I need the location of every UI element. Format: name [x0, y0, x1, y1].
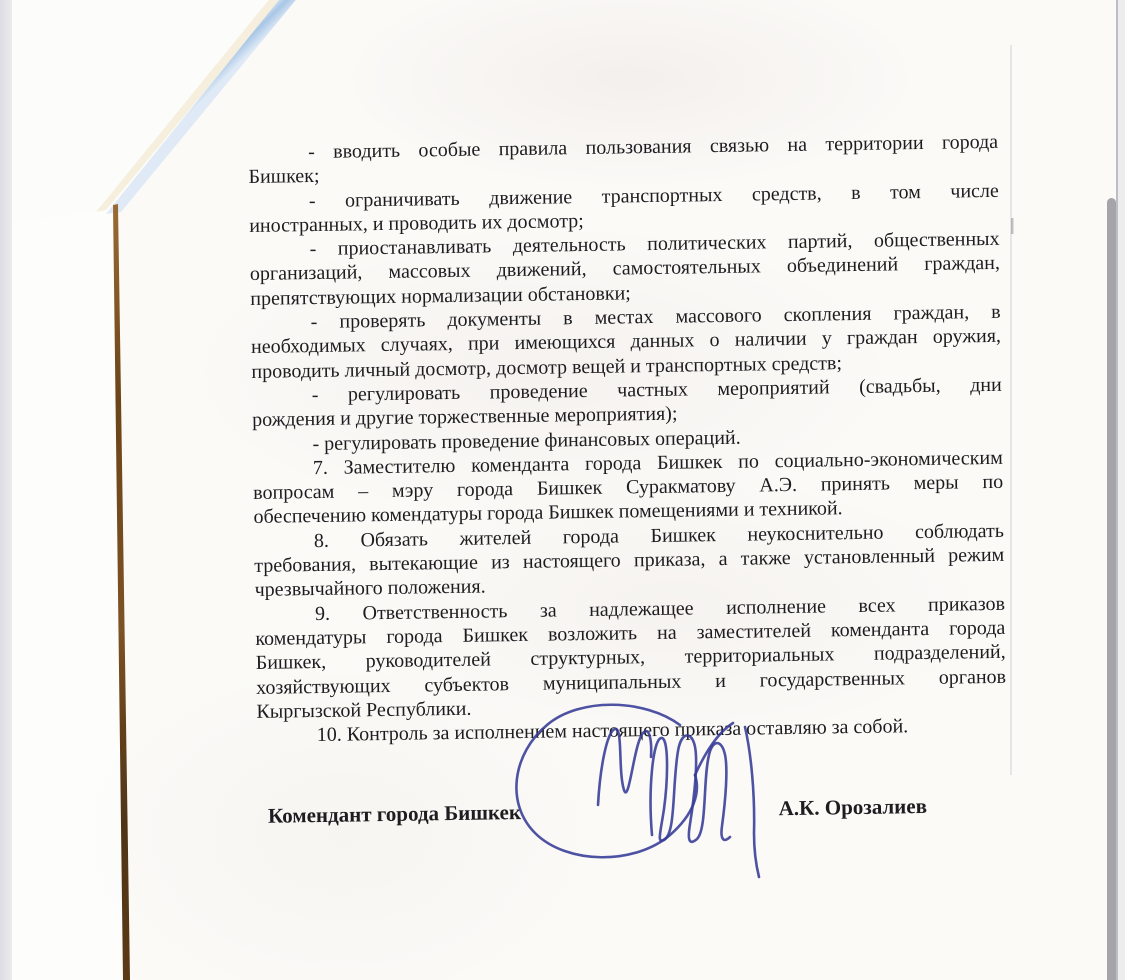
page-background-left [12, 206, 128, 980]
paper-crease [1011, 218, 1014, 234]
signer-title: Комендант города Бишкек [268, 800, 521, 828]
page-corner-background [12, 0, 286, 222]
signer-name: А.К. Орозалиев [778, 794, 927, 820]
viewer-left-edge [0, 0, 13, 980]
scrollbar-thumb[interactable] [1107, 198, 1116, 980]
page-edge-line [113, 204, 130, 980]
viewer-right-edge [1116, 0, 1125, 980]
paper-crease [1010, 45, 1012, 775]
signature-ink [505, 693, 795, 888]
document-text: - вводить особые правила пользования свя… [248, 130, 1007, 748]
app-background: { "document": { "language": "ru", "parag… [0, 0, 1125, 980]
